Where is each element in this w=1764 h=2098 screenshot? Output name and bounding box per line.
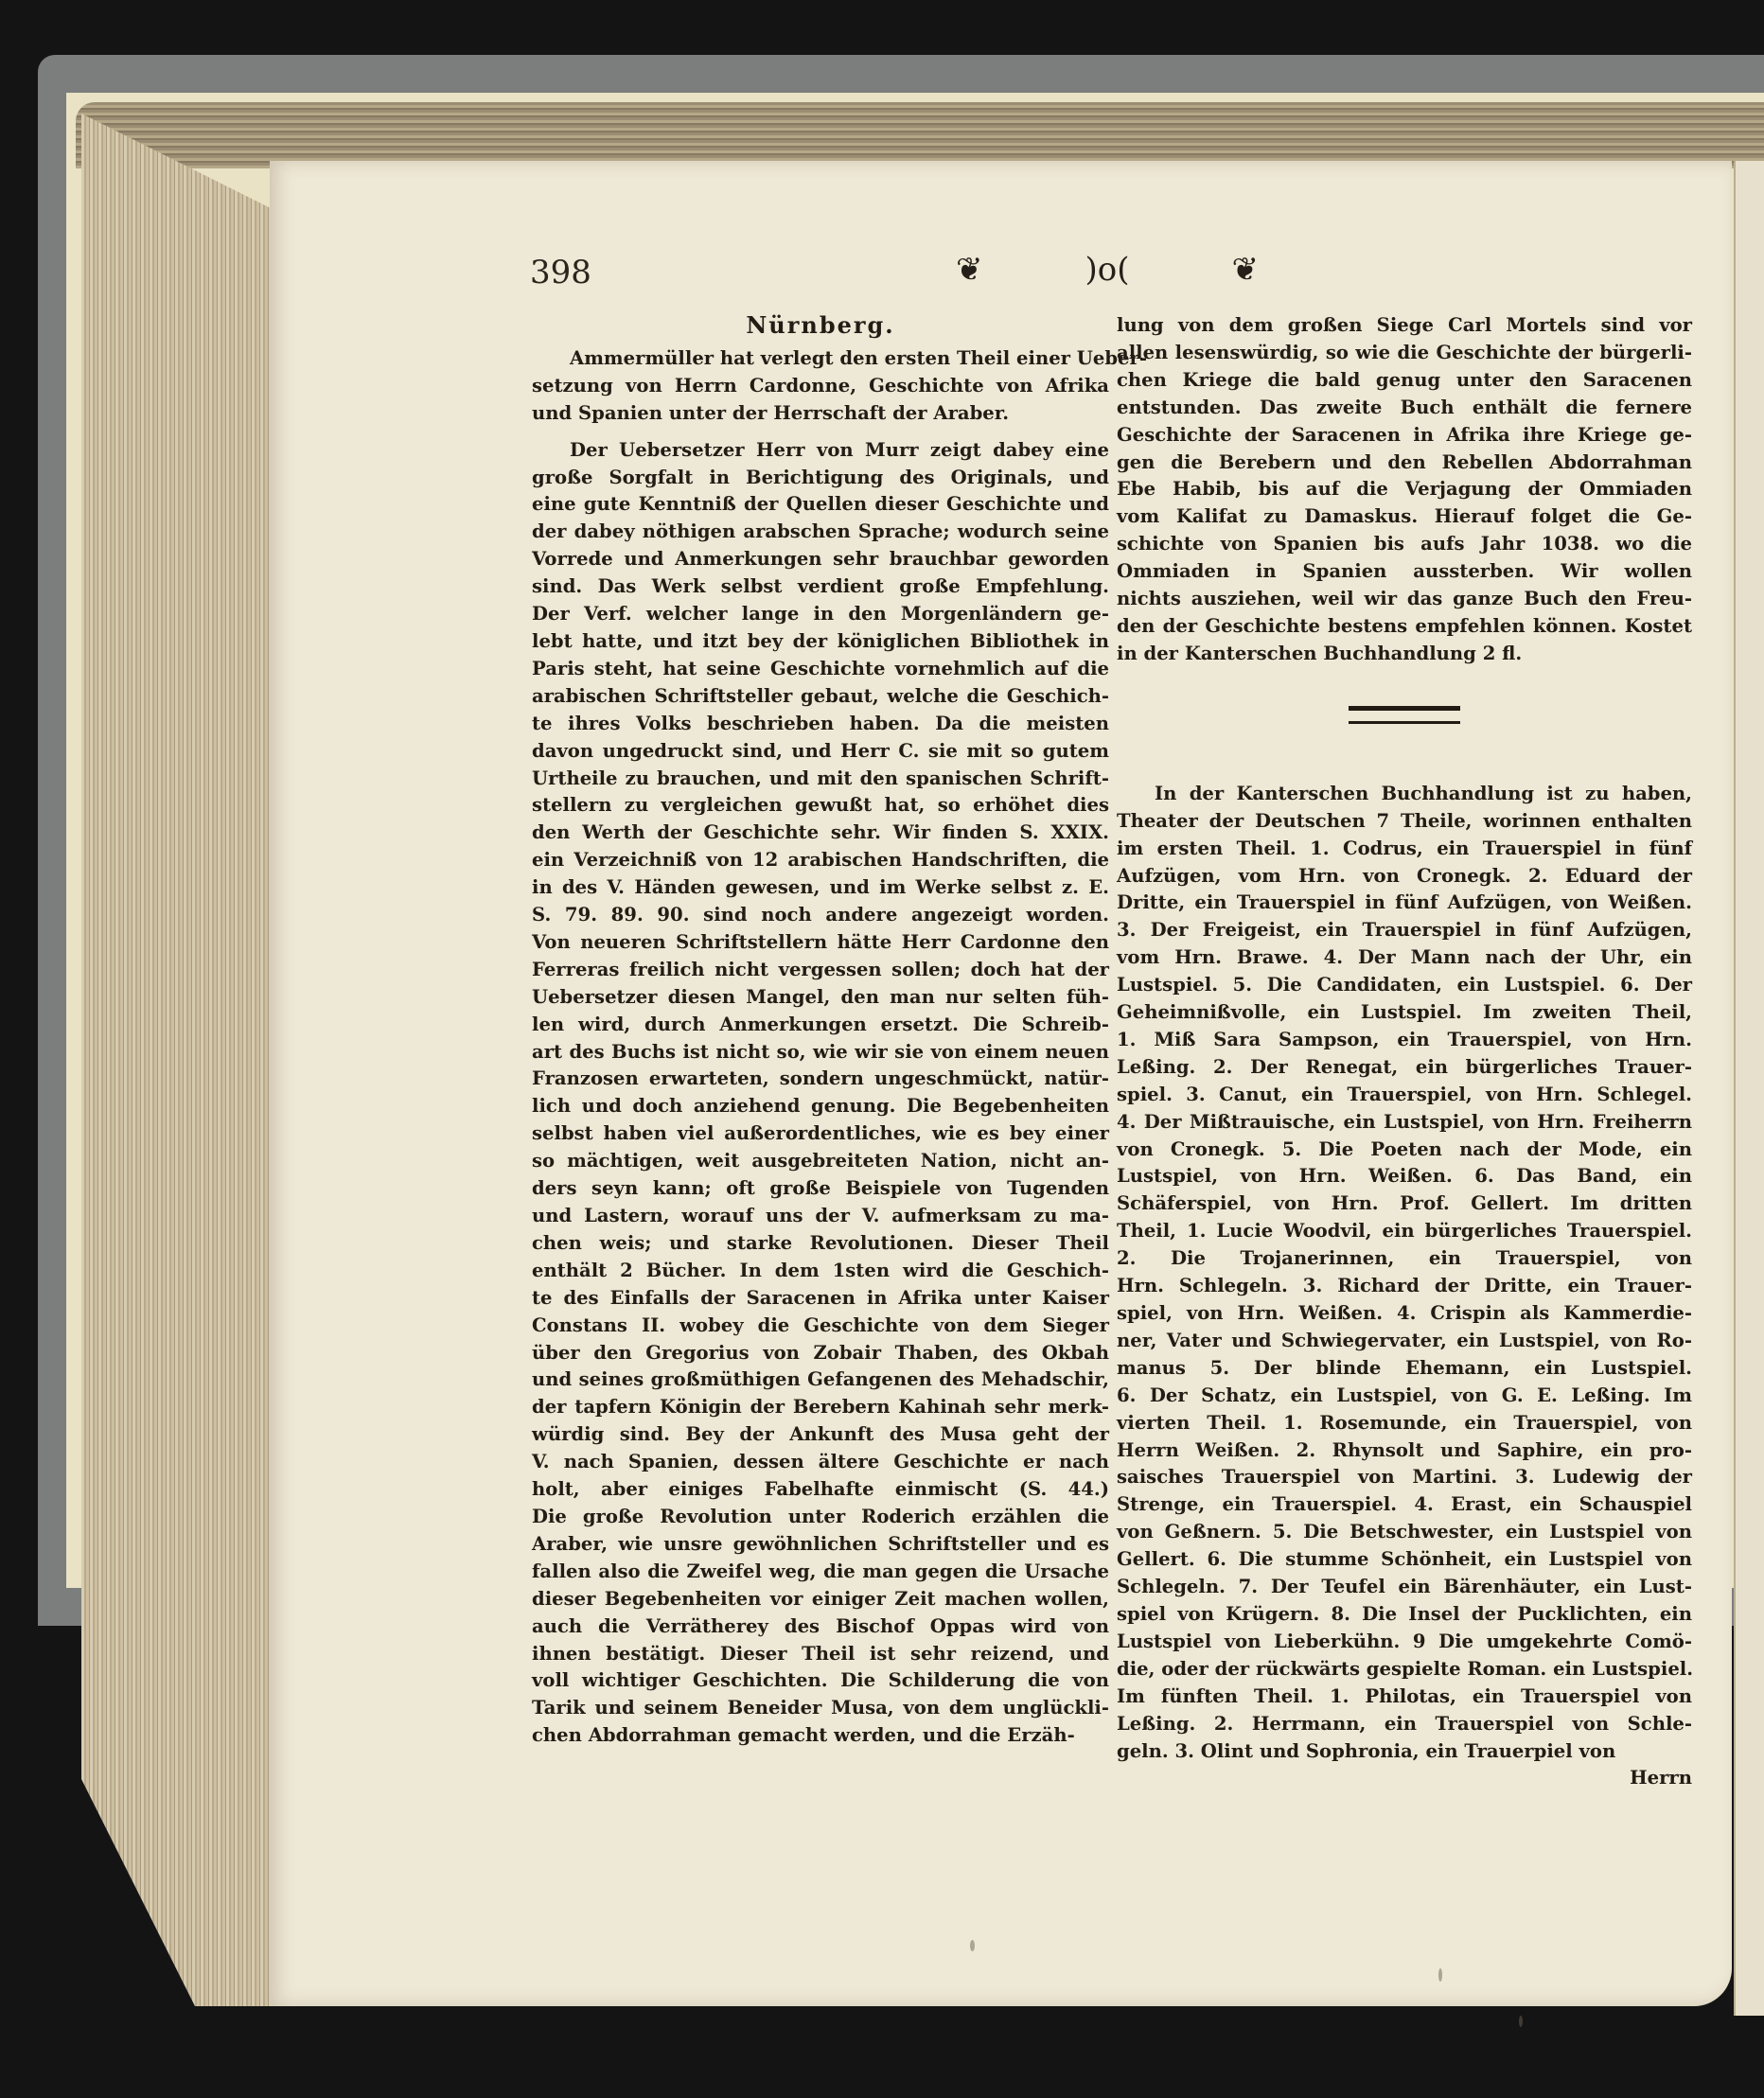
text-line: Ebe Habib, bis auf die Verjagung der Omm… — [1117, 476, 1692, 503]
review-paragraph: Der Uebersetzer Herr von Murr zeigt dabe… — [532, 437, 1109, 1751]
text-line: Uebersetzer diesen Mangel, den man nur s… — [532, 984, 1109, 1012]
text-line: ner, Vater und Schwiegervater, ein Lusts… — [1117, 1328, 1692, 1355]
text-line: die, oder der rückwärts gespielte Roman.… — [1117, 1656, 1692, 1684]
text-line: in der Kanterschen Buchhandlung 2 fl. — [1117, 641, 1692, 668]
text-line: eine gute Kenntniß der Quellen dieser Ge… — [532, 491, 1109, 519]
text-line: 2. Die Trojanerinnen, ein Trauerspiel, v… — [1117, 1245, 1692, 1273]
text-line: Lustspiel, von Hrn. Weißen. 6. Das Band,… — [1117, 1163, 1692, 1190]
text-line: Aufzügen, vom Hrn. von Cronegk. 2. Eduar… — [1117, 863, 1692, 890]
text-line: Franzosen erwarteten, sondern ungeschmüc… — [532, 1066, 1109, 1093]
text-line: dieser Begebenheiten vor einiger Zeit ma… — [532, 1586, 1109, 1613]
left-column: Nürnberg. Ammermüller hat verlegt den er… — [532, 312, 1109, 1750]
text-line: gen die Berebern und den Rebellen Abdorr… — [1117, 450, 1692, 477]
text-line: Dritte, ein Trauerspiel in fünf Aufzügen… — [1117, 890, 1692, 917]
page-number: 398 — [530, 254, 591, 291]
header-ornaments: ❦ )o( ❦ — [956, 254, 1259, 286]
text-line: Paris steht, hat seine Geschichte vorneh… — [532, 656, 1109, 683]
text-line: Schäferspiel, von Hrn. Prof. Gellert. Im… — [1117, 1190, 1692, 1218]
text-line: len wird, durch Anmerkungen ersetzt. Die… — [532, 1012, 1109, 1039]
text-line: Im fünften Theil. 1. Philotas, ein Traue… — [1117, 1684, 1692, 1711]
text-line: große Sorgfalt in Berichtigung des Origi… — [532, 465, 1109, 492]
text-line: art des Buchs ist nicht so, wie wir sie … — [532, 1039, 1109, 1067]
text-line: nichts ausziehen, weil wir das ganze Buc… — [1117, 586, 1692, 613]
catchword: Herrn — [1117, 1765, 1692, 1792]
text-line: den der Geschichte bestens empfehlen kön… — [1117, 613, 1692, 641]
text-line: Der Verf. welcher lange in den Morgenlän… — [532, 601, 1109, 628]
text-line: setzung von Herrn Cardonne, Geschichte v… — [532, 373, 1109, 400]
text-line: selbst haben viel außerordentliches, wie… — [532, 1120, 1109, 1148]
text-line: Geheimnißvolle, ein Lustspiel. Im zweite… — [1117, 999, 1692, 1027]
page-header: 398 ❦ )o( ❦ — [530, 254, 1694, 301]
text-line: der tapfern Königin der Berebern Kahinah… — [532, 1394, 1109, 1421]
text-line: spiel. 3. Canut, ein Trauerspiel, von Hr… — [1117, 1082, 1692, 1109]
text-line: im ersten Theil. 1. Codrus, ein Trauersp… — [1117, 836, 1692, 863]
text-line: allen lesenswürdig, so wie die Geschicht… — [1117, 340, 1692, 367]
text-line: und Spanien unter der Herrschaft der Ara… — [532, 400, 1109, 428]
right-column: lung von dem großen Siege Carl Mortels s… — [1117, 312, 1692, 1792]
text-line: lung von dem großen Siege Carl Mortels s… — [1117, 312, 1692, 340]
text-line: 4. Der Mißtrauische, ein Lustspiel, von … — [1117, 1109, 1692, 1137]
text-line: vom Kalifat zu Damaskus. Hierauf folget … — [1117, 503, 1692, 531]
text-line: über den Gregorius von Zobair Thaben, de… — [532, 1340, 1109, 1367]
text-line: spiel von Krügern. 8. Die Insel der Puck… — [1117, 1601, 1692, 1629]
text-line: te ihres Volks beschrieben haben. Da die… — [532, 711, 1109, 738]
text-line: Ommiaden in Spanien aussterben. Wir woll… — [1117, 558, 1692, 586]
text-line: Die große Revolution unter Roderich erzä… — [532, 1504, 1109, 1531]
review-paragraph-continued: lung von dem großen Siege Carl Mortels s… — [1117, 312, 1692, 668]
text-line: vom Hrn. Brawe. 4. Der Mann nach der Uhr… — [1117, 944, 1692, 972]
section-title: Nürnberg. — [532, 312, 1109, 340]
text-line: 1. Miß Sara Sampson, ein Trauerspiel, vo… — [1117, 1027, 1692, 1054]
text-line: chen Abdorrahman gemacht werden, und die… — [532, 1722, 1109, 1750]
text-line: Strenge, ein Trauerspiel. 4. Erast, ein … — [1117, 1491, 1692, 1519]
text-line: chen Kriege die bald genug unter den Sar… — [1117, 367, 1692, 395]
text-line: ihnen bestätigt. Dieser Theil ist sehr r… — [532, 1641, 1109, 1668]
text-line: S. 79. 89. 90. sind noch andere angezeig… — [532, 902, 1109, 929]
text-line: Leßing. 2. Herrmann, ein Trauerspiel von… — [1117, 1711, 1692, 1738]
announcement-paragraph: Ammermüller hat verlegt den ersten Theil… — [532, 345, 1109, 428]
text-line: Gellert. 6. Die stumme Schönheit, ein Lu… — [1117, 1546, 1692, 1574]
text-line: V. nach Spanien, dessen ältere Geschicht… — [532, 1449, 1109, 1476]
text-line: Der Uebersetzer Herr von Murr zeigt dabe… — [532, 437, 1109, 465]
text-line: Ferreras freilich nicht vergessen sollen… — [532, 957, 1109, 984]
text-line: würdig sind. Bey der Ankunft des Musa ge… — [532, 1421, 1109, 1449]
text-line: Geschichte der Saracenen in Afrika ihre … — [1117, 422, 1692, 450]
paper-speck — [970, 1940, 975, 1951]
text-line: den Werth der Geschichte sehr. Wir finde… — [532, 820, 1109, 847]
text-line: voll wichtiger Geschichten. Die Schilder… — [532, 1667, 1109, 1695]
text-line: geln. 3. Olint und Sophronia, ein Trauer… — [1117, 1738, 1692, 1766]
text-line: fallen also die Zweifel weg, die man geg… — [532, 1559, 1109, 1586]
text-line: so mächtigen, weit ausgebreiteten Nation… — [532, 1148, 1109, 1175]
text-line: Lustspiel. 5. Die Candidaten, ein Lustsp… — [1117, 972, 1692, 999]
text-line: Urtheile zu brauchen, und mit den spanis… — [532, 766, 1109, 793]
text-line: stellern zu vergleichen gewußt hat, so e… — [532, 792, 1109, 820]
text-line: ein Verzeichniß von 12 arabischen Handsc… — [532, 847, 1109, 874]
text-line: Theil, 1. Lucie Woodvil, ein bürgerliche… — [1117, 1218, 1692, 1245]
text-line: Von neueren Schriftstellern hätte Herr C… — [532, 929, 1109, 957]
text-line: Constans II. wobey die Geschichte von de… — [532, 1313, 1109, 1340]
text-line: Herrn Weißen. 2. Rhynsolt und Saphire, e… — [1117, 1437, 1692, 1465]
text-line: manus 5. Der blinde Ehemann, ein Lustspi… — [1117, 1355, 1692, 1383]
shell-ornament-icon: ❦ — [1232, 254, 1260, 286]
shell-ornament-icon: ❦ — [956, 254, 983, 286]
text-line: von Cronegk. 5. Die Poeten nach der Mode… — [1117, 1137, 1692, 1164]
paper-speck — [1438, 1968, 1442, 1982]
text-line: 3. Der Freigeist, ein Trauerspiel in fün… — [1117, 917, 1692, 944]
page-edges-top — [76, 102, 1764, 168]
text-line: spiel, von Hrn. Weißen. 4. Crispin als K… — [1117, 1300, 1692, 1328]
text-line: von Geßnern. 5. Die Betschwester, ein Lu… — [1117, 1519, 1692, 1546]
text-line: holt, aber einiges Fabelhafte einmischt … — [532, 1476, 1109, 1504]
text-line: vierten Theil. 1. Rosemunde, ein Trauers… — [1117, 1410, 1692, 1437]
text-line: ders seyn kann; oft große Beispiele von … — [532, 1175, 1109, 1203]
text-line: Ammermüller hat verlegt den ersten Theil… — [532, 345, 1109, 373]
text-line: entstunden. Das zweite Buch enthält die … — [1117, 395, 1692, 422]
text-line: enthält 2 Bücher. In dem 1sten wird die … — [532, 1258, 1109, 1285]
text-line: davon ungedruckt sind, und Herr C. sie m… — [532, 738, 1109, 766]
text-line: chen weis; und starke Revolutionen. Dies… — [532, 1230, 1109, 1258]
text-line: te des Einfalls der Saracenen in Afrika … — [532, 1285, 1109, 1313]
text-line: Tarik und seinem Beneider Musa, von dem … — [532, 1695, 1109, 1722]
text-line: sind. Das Werk selbst verdient große Emp… — [532, 573, 1109, 601]
cross-ornament-icon: )o( — [1085, 254, 1130, 286]
text-line: saisches Trauerspiel von Martini. 3. Lud… — [1117, 1464, 1692, 1491]
text-line: Vorrede und Anmerkungen sehr brauchbar g… — [532, 546, 1109, 573]
text-line: Schlegeln. 7. Der Teufel ein Bärenhäuter… — [1117, 1574, 1692, 1601]
text-line: Theater der Deutschen 7 Theile, worinnen… — [1117, 808, 1692, 836]
text-line: lebt hatte, und itzt bey der königlichen… — [532, 628, 1109, 656]
text-line: Araber, wie unsre gewöhnlichen Schriftst… — [532, 1531, 1109, 1559]
text-line: schichte von Spanien bis aufs Jahr 1038.… — [1117, 531, 1692, 558]
text-line: und seines großmüthigen Gefangenen des M… — [532, 1366, 1109, 1394]
theater-advertisement-paragraph: In der Kanterschen Buchhandlung ist zu h… — [1117, 781, 1692, 1766]
page-edges-left — [81, 114, 271, 2006]
paper-speck — [1519, 2016, 1523, 2027]
facing-page-edge — [1734, 161, 1764, 2016]
text-line: In der Kanterschen Buchhandlung ist zu h… — [1117, 781, 1692, 808]
text-line: Hrn. Schlegeln. 3. Richard der Dritte, e… — [1117, 1273, 1692, 1300]
section-divider-rule — [1349, 706, 1460, 724]
text-line: Lustspiel von Lieberkühn. 9 Die umgekehr… — [1117, 1629, 1692, 1656]
text-line: in des V. Händen gewesen, und im Werke s… — [532, 874, 1109, 902]
text-line: arabischen Schriftsteller gebaut, welche… — [532, 683, 1109, 711]
text-line: lich und doch anziehend genung. Die Bege… — [532, 1093, 1109, 1120]
text-line: 6. Der Schatz, ein Lustspiel, von G. E. … — [1117, 1383, 1692, 1410]
text-line: der dabey nöthigen arabschen Sprache; wo… — [532, 519, 1109, 546]
text-line: und Lastern, worauf uns der V. aufmerksa… — [532, 1203, 1109, 1230]
text-line: Leßing. 2. Der Renegat, ein bürgerliches… — [1117, 1054, 1692, 1082]
text-line: auch die Verrätherey des Bischof Oppas w… — [532, 1613, 1109, 1641]
